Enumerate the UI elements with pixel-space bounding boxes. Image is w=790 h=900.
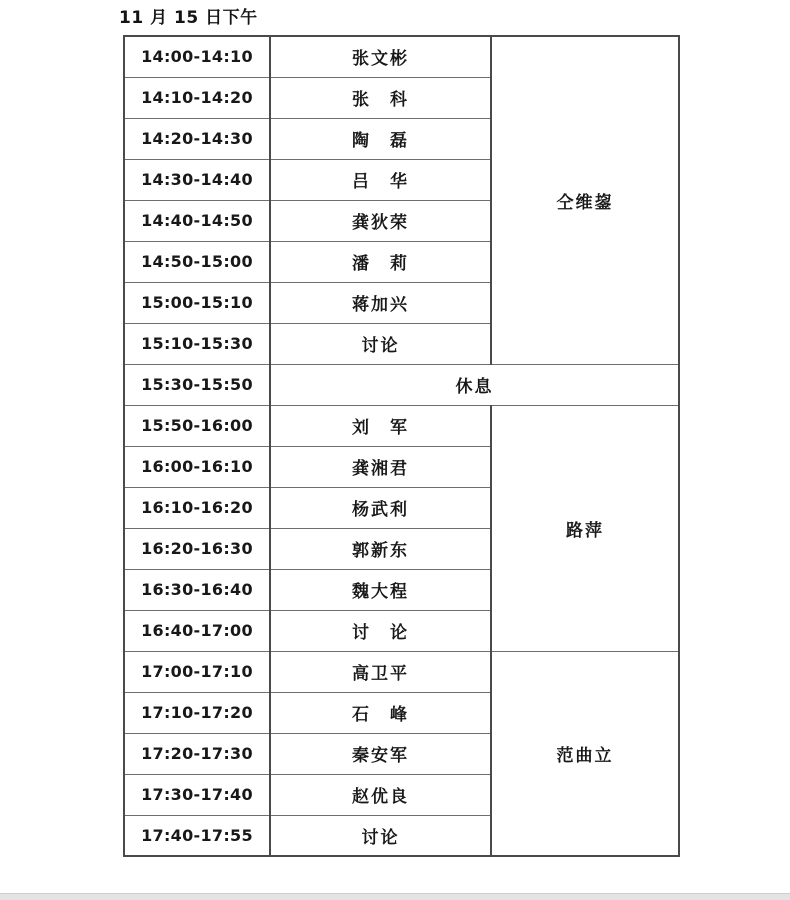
speaker-cell: 吕 华 — [270, 159, 491, 200]
speaker-cell: 潘 莉 — [270, 241, 491, 282]
speaker-cell: 龚狄荣 — [270, 200, 491, 241]
time-cell: 14:50-15:00 — [124, 241, 270, 282]
speaker-cell: 石 峰 — [270, 692, 491, 733]
break-cell: 休息 — [270, 364, 679, 405]
table-row: 14:00-14:10 张文彬 仝维鋆 — [124, 36, 679, 77]
time-cell: 17:00-17:10 — [124, 651, 270, 692]
time-cell: 17:40-17:55 — [124, 815, 270, 856]
time-cell: 17:10-17:20 — [124, 692, 270, 733]
speaker-cell: 讨 论 — [270, 610, 491, 651]
time-cell: 16:20-16:30 — [124, 528, 270, 569]
speaker-cell: 杨武利 — [270, 487, 491, 528]
break-row: 15:30-15:50 休息 — [124, 364, 679, 405]
table-row: 15:50-16:00 刘 军 路萍 — [124, 405, 679, 446]
time-cell: 14:00-14:10 — [124, 36, 270, 77]
schedule-table: 14:00-14:10 张文彬 仝维鋆 14:10-14:20 张 科 14:2… — [123, 35, 680, 857]
time-cell: 16:10-16:20 — [124, 487, 270, 528]
time-cell: 15:00-15:10 — [124, 282, 270, 323]
time-cell: 14:20-14:30 — [124, 118, 270, 159]
speaker-cell: 郭新东 — [270, 528, 491, 569]
chair-cell: 仝维鋆 — [491, 36, 679, 364]
speaker-cell: 讨论 — [270, 815, 491, 856]
time-cell: 16:40-17:00 — [124, 610, 270, 651]
speaker-cell: 龚湘君 — [270, 446, 491, 487]
time-cell: 15:50-16:00 — [124, 405, 270, 446]
chair-cell: 范曲立 — [491, 651, 679, 856]
speaker-cell: 秦安军 — [270, 733, 491, 774]
speaker-cell: 刘 军 — [270, 405, 491, 446]
time-cell: 16:30-16:40 — [124, 569, 270, 610]
speaker-cell: 蒋加兴 — [270, 282, 491, 323]
time-cell: 14:30-14:40 — [124, 159, 270, 200]
time-cell: 15:10-15:30 — [124, 323, 270, 364]
time-cell: 17:20-17:30 — [124, 733, 270, 774]
time-cell: 14:10-14:20 — [124, 77, 270, 118]
time-cell: 14:40-14:50 — [124, 200, 270, 241]
document-page: 11 月 15 日下午 14:00-14:10 张文彬 仝维鋆 14:10-14… — [0, 0, 790, 900]
speaker-cell: 高卫平 — [270, 651, 491, 692]
schedule-date-title: 11 月 15 日下午 — [119, 3, 258, 28]
speaker-cell: 魏大程 — [270, 569, 491, 610]
page-bottom-edge — [0, 893, 790, 900]
time-cell: 16:00-16:10 — [124, 446, 270, 487]
speaker-cell: 讨论 — [270, 323, 491, 364]
speaker-cell: 张 科 — [270, 77, 491, 118]
time-cell: 17:30-17:40 — [124, 774, 270, 815]
time-cell: 15:30-15:50 — [124, 364, 270, 405]
speaker-cell: 陶 磊 — [270, 118, 491, 159]
chair-cell: 路萍 — [491, 405, 679, 651]
speaker-cell: 张文彬 — [270, 36, 491, 77]
table-row: 17:00-17:10 高卫平 范曲立 — [124, 651, 679, 692]
speaker-cell: 赵优良 — [270, 774, 491, 815]
